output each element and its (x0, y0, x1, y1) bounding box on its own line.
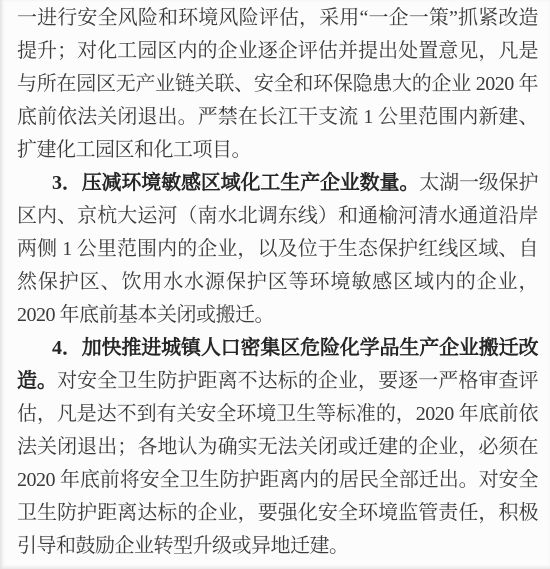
paragraph-body: 太湖一级保护区内、京杭大运河（南水北调东线）和通榆河清水通道沿岸两侧 1 公里范… (17, 172, 538, 326)
paragraph-continuation: 一进行安全风险和环境风险评估，采用“一企一策”抓紧改造提升；对化工园区内的企业逐… (17, 2, 538, 167)
paragraph-item-3: 3．压减环境敏感区域化工生产企业数量。太湖一级保护区内、京杭大运河（南水北调东线… (17, 167, 538, 332)
paragraph-body: 对安全卫生防护距离不达标的企业，要逐一严格审查评估，凡是达不到有关安全环境卫生等… (17, 370, 538, 557)
paragraph-heading: 3．压减环境敏感区域化工生产企业数量。 (52, 172, 419, 194)
paragraph-item-4: 4．加快推进城镇人口密集区危险化学品生产企业搬迁改造。对安全卫生防护距离不达标的… (17, 332, 538, 563)
document-page: 一进行安全风险和环境风险评估，采用“一企一策”抓紧改造提升；对化工园区内的企业逐… (0, 0, 550, 569)
paragraph-body: 一进行安全风险和环境风险评估，采用“一企一策”抓紧改造提升；对化工园区内的企业逐… (17, 7, 538, 161)
